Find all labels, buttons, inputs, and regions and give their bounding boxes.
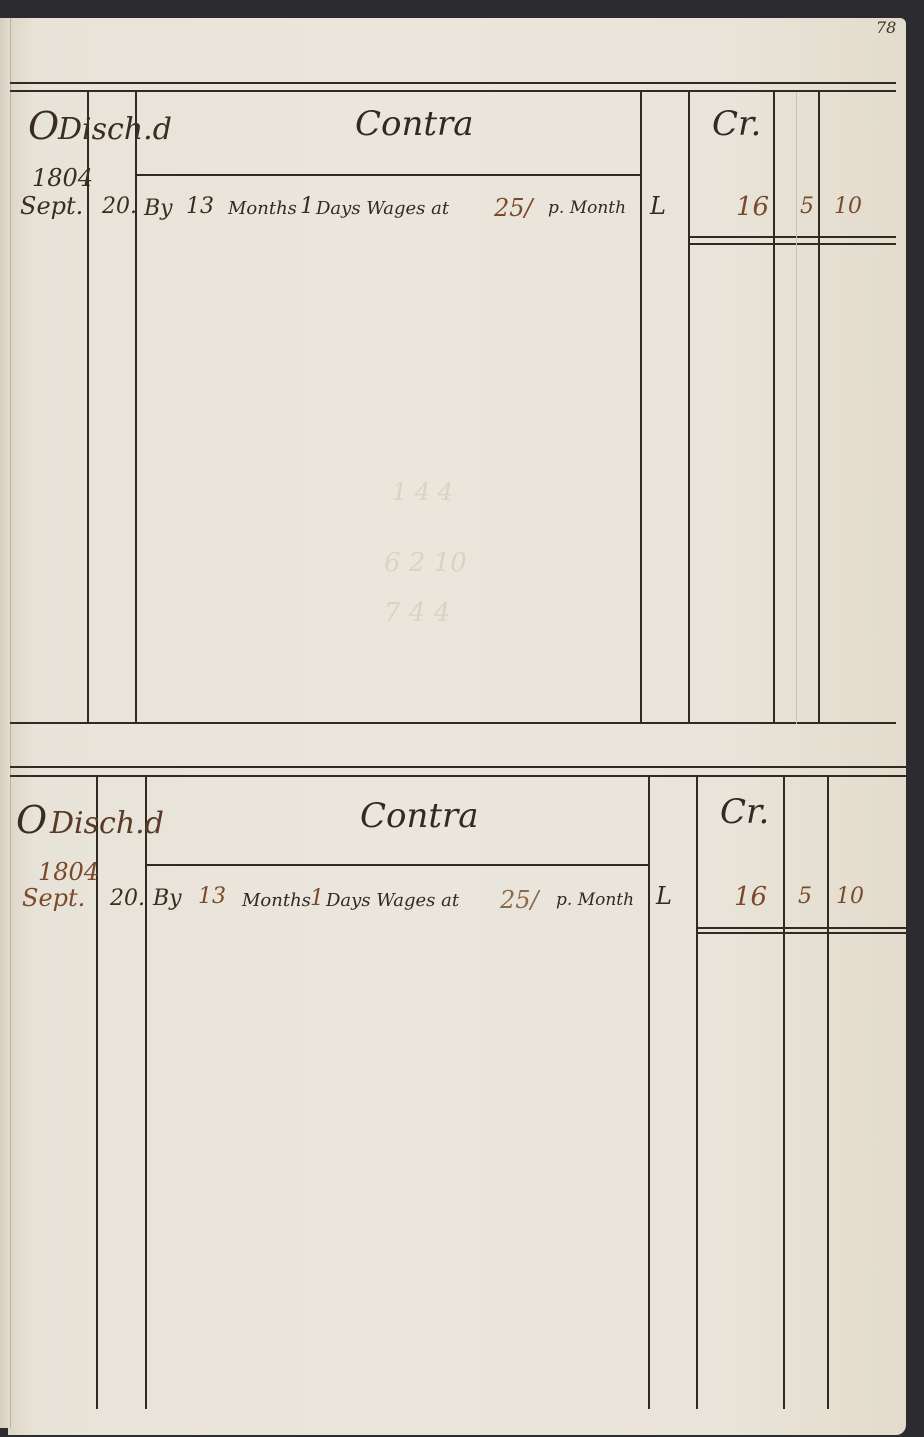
desc-by: By xyxy=(144,196,173,221)
desc-months-word: Months xyxy=(242,890,311,911)
currency-symbol: L xyxy=(656,882,672,910)
rule-header-divider xyxy=(146,864,650,866)
entry-month: Sept. xyxy=(20,192,83,220)
header-cr: Cr. xyxy=(712,104,761,144)
amount-pence: 10 xyxy=(834,194,862,219)
col-currency xyxy=(696,777,698,1409)
header-contra: Contra xyxy=(360,796,479,836)
desc-days-count: 1 xyxy=(300,194,314,219)
ledger-page xyxy=(8,18,906,1435)
header-prefix: O xyxy=(28,104,59,148)
header-contra: Contra xyxy=(355,104,474,144)
amount-pounds: 16 xyxy=(736,192,769,222)
amount-pence: 10 xyxy=(836,884,864,909)
currency-symbol: L xyxy=(650,192,666,220)
desc-by: By xyxy=(153,886,182,911)
entry-day: 20. xyxy=(110,886,145,911)
rule-total-2 xyxy=(696,932,906,934)
rule-top-1 xyxy=(10,766,906,768)
col-desc-end xyxy=(648,777,650,1409)
entry-month: Sept. xyxy=(22,884,85,912)
header-disch: Disch.d xyxy=(58,112,172,147)
desc-months-count: 13 xyxy=(186,194,214,219)
bleed-through-3: 7 4 4 xyxy=(384,598,450,628)
desc-per-month: p. Month xyxy=(556,890,634,910)
amount-shillings: 5 xyxy=(800,194,814,219)
desc-months-word: Months xyxy=(228,198,297,219)
desc-rate: 25/ xyxy=(500,886,539,914)
col-pounds xyxy=(773,92,775,724)
desc-days-word: Days Wages at xyxy=(326,890,459,911)
col-shillings xyxy=(818,92,820,724)
col-desc-end xyxy=(640,92,642,724)
col-pounds xyxy=(783,777,785,1409)
amount-shillings: 5 xyxy=(798,884,812,909)
col-currency xyxy=(688,92,690,724)
rule-total-1 xyxy=(688,236,896,238)
header-cr: Cr. xyxy=(720,792,769,832)
rule-header-divider xyxy=(137,174,640,176)
col-shillings xyxy=(827,777,829,1409)
col-faint xyxy=(796,92,797,724)
rule-bottom xyxy=(10,722,896,724)
bleed-through-1: 1 4 4 xyxy=(392,478,453,506)
rule-total-2 xyxy=(688,243,896,245)
header-prefix: O xyxy=(16,798,47,842)
entry-year: 1804 xyxy=(32,164,93,192)
bleed-through-2: 6 2 10 xyxy=(384,548,467,578)
rule-top-1 xyxy=(10,82,896,84)
entry-year: 1804 xyxy=(38,858,99,886)
desc-months-count: 13 xyxy=(198,884,226,909)
desc-days-word: Days Wages at xyxy=(316,198,449,219)
desc-rate: 25/ xyxy=(494,194,533,222)
header-disch: Disch.d xyxy=(50,806,164,841)
amount-pounds: 16 xyxy=(734,882,767,912)
col-day xyxy=(145,777,147,1409)
entry-day: 20. xyxy=(102,194,137,219)
rule-total-1 xyxy=(696,927,906,929)
desc-days-count: 1 xyxy=(310,886,324,911)
page-number: 78 xyxy=(876,18,896,37)
rule-top-2 xyxy=(10,90,896,92)
desc-per-month: p. Month xyxy=(548,198,626,218)
col-day xyxy=(135,92,137,724)
